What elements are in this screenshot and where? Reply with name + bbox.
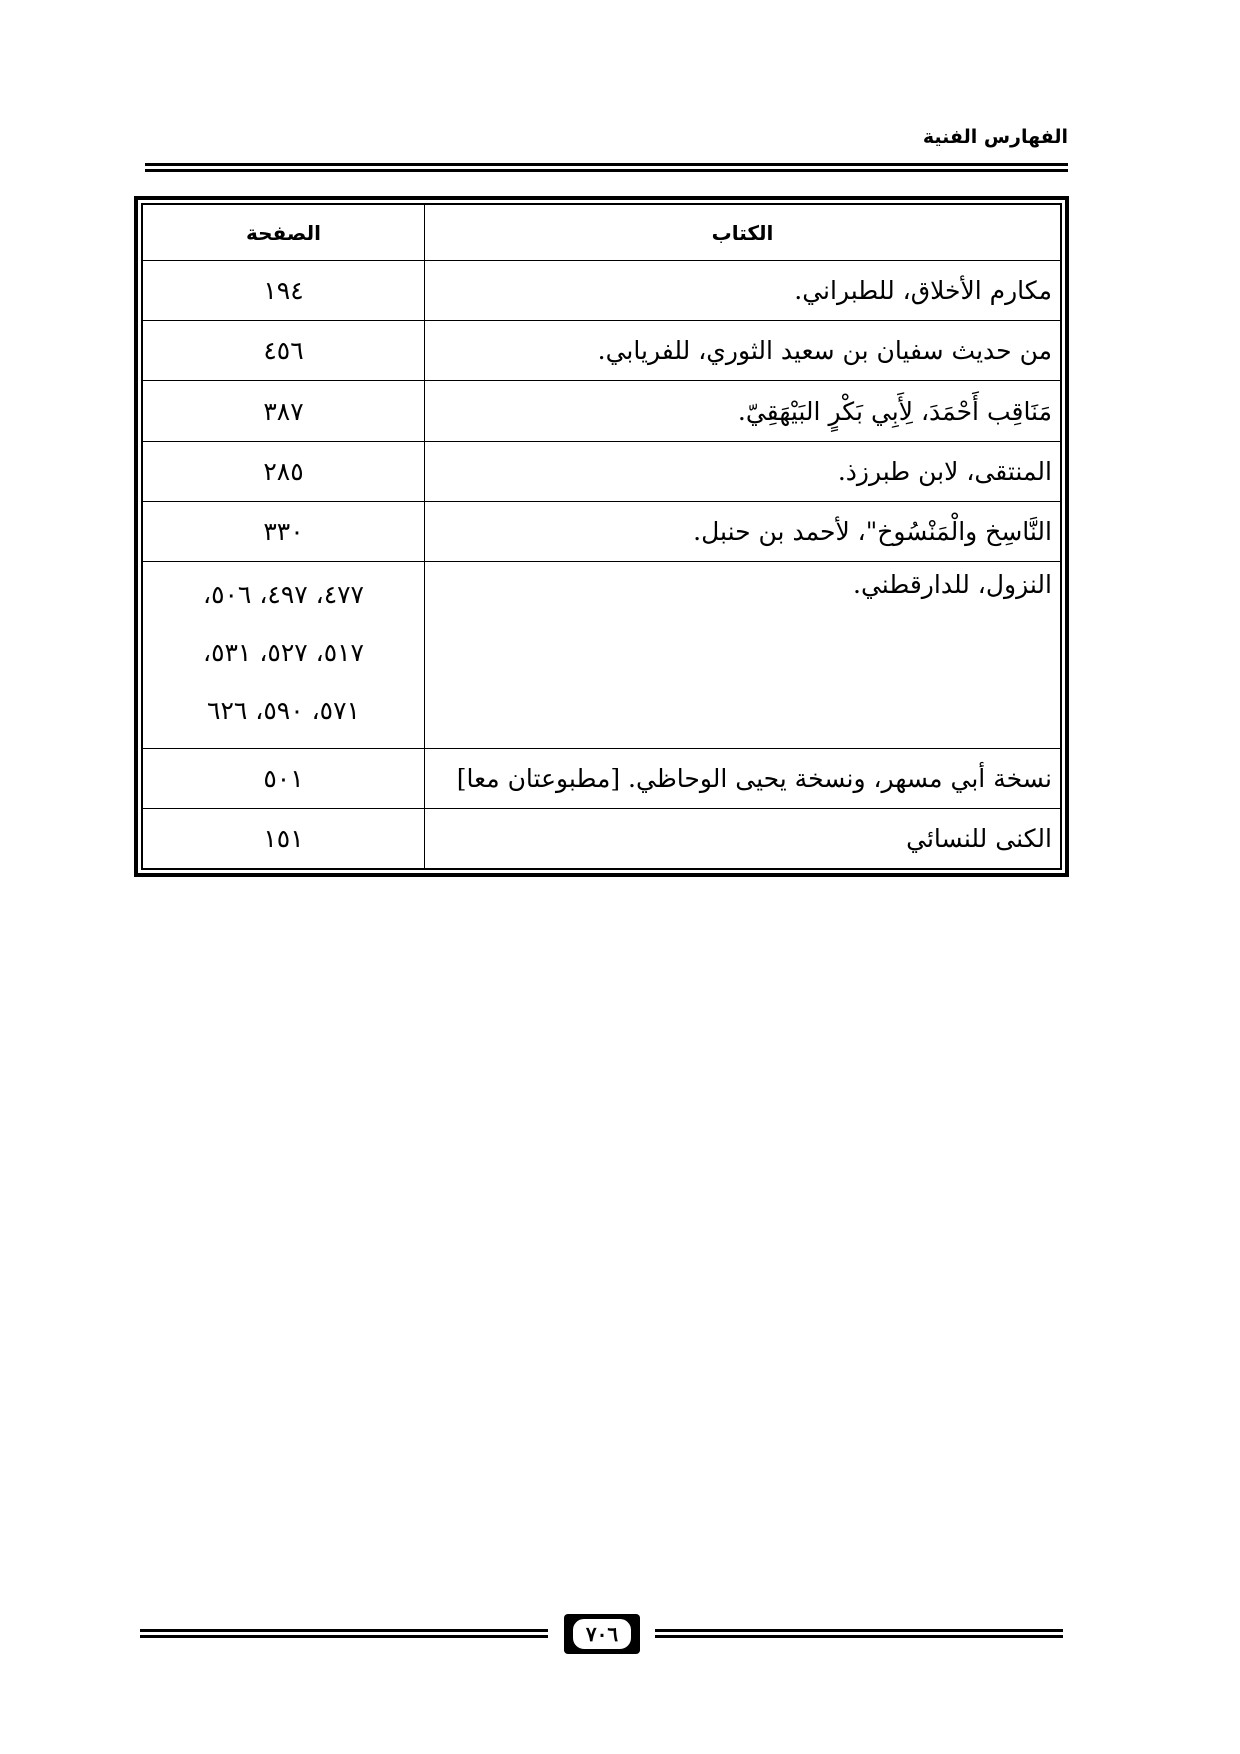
footer-rule-left: [140, 1629, 548, 1638]
index-table-inner-border: الكتاب الصفحة مكارم الأخلاق، للطبراني. ١…: [141, 203, 1062, 870]
page-number-cell: ١٩٤: [143, 261, 425, 321]
page-number-cell: ٣٣٠: [143, 501, 425, 561]
book-title-cell: الكنى للنسائي: [425, 808, 1061, 868]
book-title-cell: من حديث سفيان بن سعيد الثوري، للفريابي.: [425, 321, 1061, 381]
page-number-cell: ٥٠١: [143, 748, 425, 808]
table-row: النَّاسِخ والْمَنْسُوخ"، لأحمد بن حنبل. …: [143, 501, 1060, 561]
table-row: النزول، للدارقطني. ٤٧٧، ٤٩٧، ٥٠٦، ٥١٧، ٥…: [143, 561, 1060, 748]
book-title-cell: النَّاسِخ والْمَنْسُوخ"، لأحمد بن حنبل.: [425, 501, 1061, 561]
index-table-frame: الكتاب الصفحة مكارم الأخلاق، للطبراني. ١…: [134, 196, 1069, 877]
page-number-cell: ١٥١: [143, 808, 425, 868]
table-row: الكنى للنسائي ١٥١: [143, 808, 1060, 868]
book-title-cell: النزول، للدارقطني.: [425, 561, 1061, 748]
book-title-cell: المنتقى، لابن طبرزذ.: [425, 441, 1061, 501]
page-number-cell: ٤٥٦: [143, 321, 425, 381]
footer-rule-right: [655, 1629, 1063, 1638]
page-footer: ٧٠٦: [140, 1614, 1063, 1654]
table-row: المنتقى، لابن طبرزذ. ٢٨٥: [143, 441, 1060, 501]
table-row: نسخة أبي مسهر، ونسخة يحيى الوحاظي. [مطبو…: [143, 748, 1060, 808]
column-header-page: الصفحة: [143, 205, 425, 261]
column-header-book: الكتاب: [425, 205, 1061, 261]
page-number-cell: ٣٨٧: [143, 381, 425, 441]
book-title-cell: نسخة أبي مسهر، ونسخة يحيى الوحاظي. [مطبو…: [425, 748, 1061, 808]
page-numbers-line: ٥٧١، ٥٩٠، ٦٢٦: [151, 682, 416, 740]
header-double-rule: [145, 163, 1068, 172]
running-head: الفهارس الفنية: [923, 126, 1068, 148]
table-header-row: الكتاب الصفحة: [143, 205, 1060, 261]
page-numbers-line: ٥١٧، ٥٢٧، ٥٣١،: [151, 624, 416, 682]
books-index-table: الكتاب الصفحة مكارم الأخلاق، للطبراني. ١…: [143, 205, 1060, 868]
book-title-cell: مكارم الأخلاق، للطبراني.: [425, 261, 1061, 321]
table-row: من حديث سفيان بن سعيد الثوري، للفريابي. …: [143, 321, 1060, 381]
book-title-cell: مَنَاقِب أَحْمَدَ، لِأَبِي بَكْرٍ البَيْ…: [425, 381, 1061, 441]
page-numbers-cell: ٤٧٧، ٤٩٧، ٥٠٦، ٥١٧، ٥٢٧، ٥٣١، ٥٧١، ٥٩٠، …: [143, 561, 425, 748]
page-numbers-line: ٤٧٧، ٤٩٧، ٥٠٦،: [151, 566, 416, 624]
table-row: مَنَاقِب أَحْمَدَ، لِأَبِي بَكْرٍ البَيْ…: [143, 381, 1060, 441]
table-row: مكارم الأخلاق، للطبراني. ١٩٤: [143, 261, 1060, 321]
page-number: ٧٠٦: [570, 1616, 634, 1652]
page-number-cell: ٢٨٥: [143, 441, 425, 501]
